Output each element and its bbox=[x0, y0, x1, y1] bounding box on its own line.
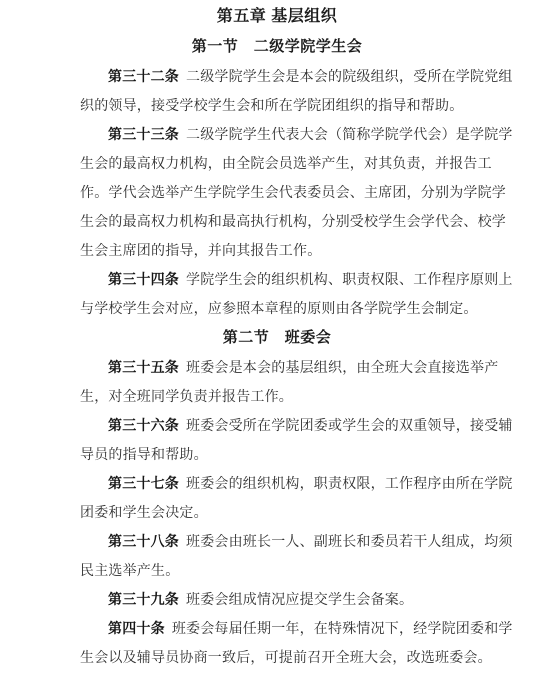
article-34: 第三十四条学院学生会的组织机构、职责权限、工作程序原则上 与学校学生会对应，应参… bbox=[80, 265, 536, 323]
section-title-2: 第二节 班委会 bbox=[0, 323, 554, 353]
article-38: 第三十八条班委会由班长一人、副班长和委员若干人组成，均须 民主选举产生。 bbox=[80, 527, 536, 585]
article-36: 第三十六条班委会受所在学院团委或学生会的双重领导，接受辅 导员的指导和帮助。 bbox=[80, 411, 536, 469]
document-page: 第五章 基层组织 第一节 二级学院学生会 第三十二条二级学院学生会是本会的院级组… bbox=[0, 0, 554, 677]
article-35-number: 第三十五条 bbox=[108, 359, 179, 375]
article-37-number: 第三十七条 bbox=[108, 475, 179, 491]
article-34-number: 第三十四条 bbox=[108, 271, 179, 287]
article-32: 第三十二条二级学院学生会是本会的院级组织，受所在学院党组 织的领导，接受学校学生… bbox=[80, 62, 536, 120]
article-35: 第三十五条班委会是本会的基层组织，由全班大会直接选举产 生，对全班同学负责并报告… bbox=[80, 353, 536, 411]
section-title-1: 第一节 二级学院学生会 bbox=[0, 32, 554, 62]
article-33-text: 二级学院学生代表大会（简称学院学代会）是学院学 生会的最高权力机构，由全院会员选… bbox=[80, 126, 513, 258]
article-40: 第四十条班委会每届任期一年，在特殊情况下，经学院团委和学 生会以及辅导员协商一致… bbox=[80, 614, 536, 672]
article-33: 第三十三条二级学院学生代表大会（简称学院学代会）是学院学 生会的最高权力机构，由… bbox=[80, 120, 536, 265]
article-40-number: 第四十条 bbox=[108, 620, 165, 636]
article-39: 第三十九条班委会组成情况应提交学生会备案。 bbox=[80, 585, 536, 614]
article-37: 第三十七条班委会的组织机构，职责权限，工作程序由所在学院 团委和学生会决定。 bbox=[80, 469, 536, 527]
article-39-number: 第三十九条 bbox=[108, 591, 179, 607]
article-36-number: 第三十六条 bbox=[108, 417, 179, 433]
article-39-text: 班委会组成情况应提交学生会备案。 bbox=[186, 591, 413, 607]
article-33-number: 第三十三条 bbox=[108, 126, 179, 142]
article-38-number: 第三十八条 bbox=[108, 533, 179, 549]
chapter-title: 第五章 基层组织 bbox=[0, 2, 554, 32]
article-32-number: 第三十二条 bbox=[108, 68, 179, 84]
